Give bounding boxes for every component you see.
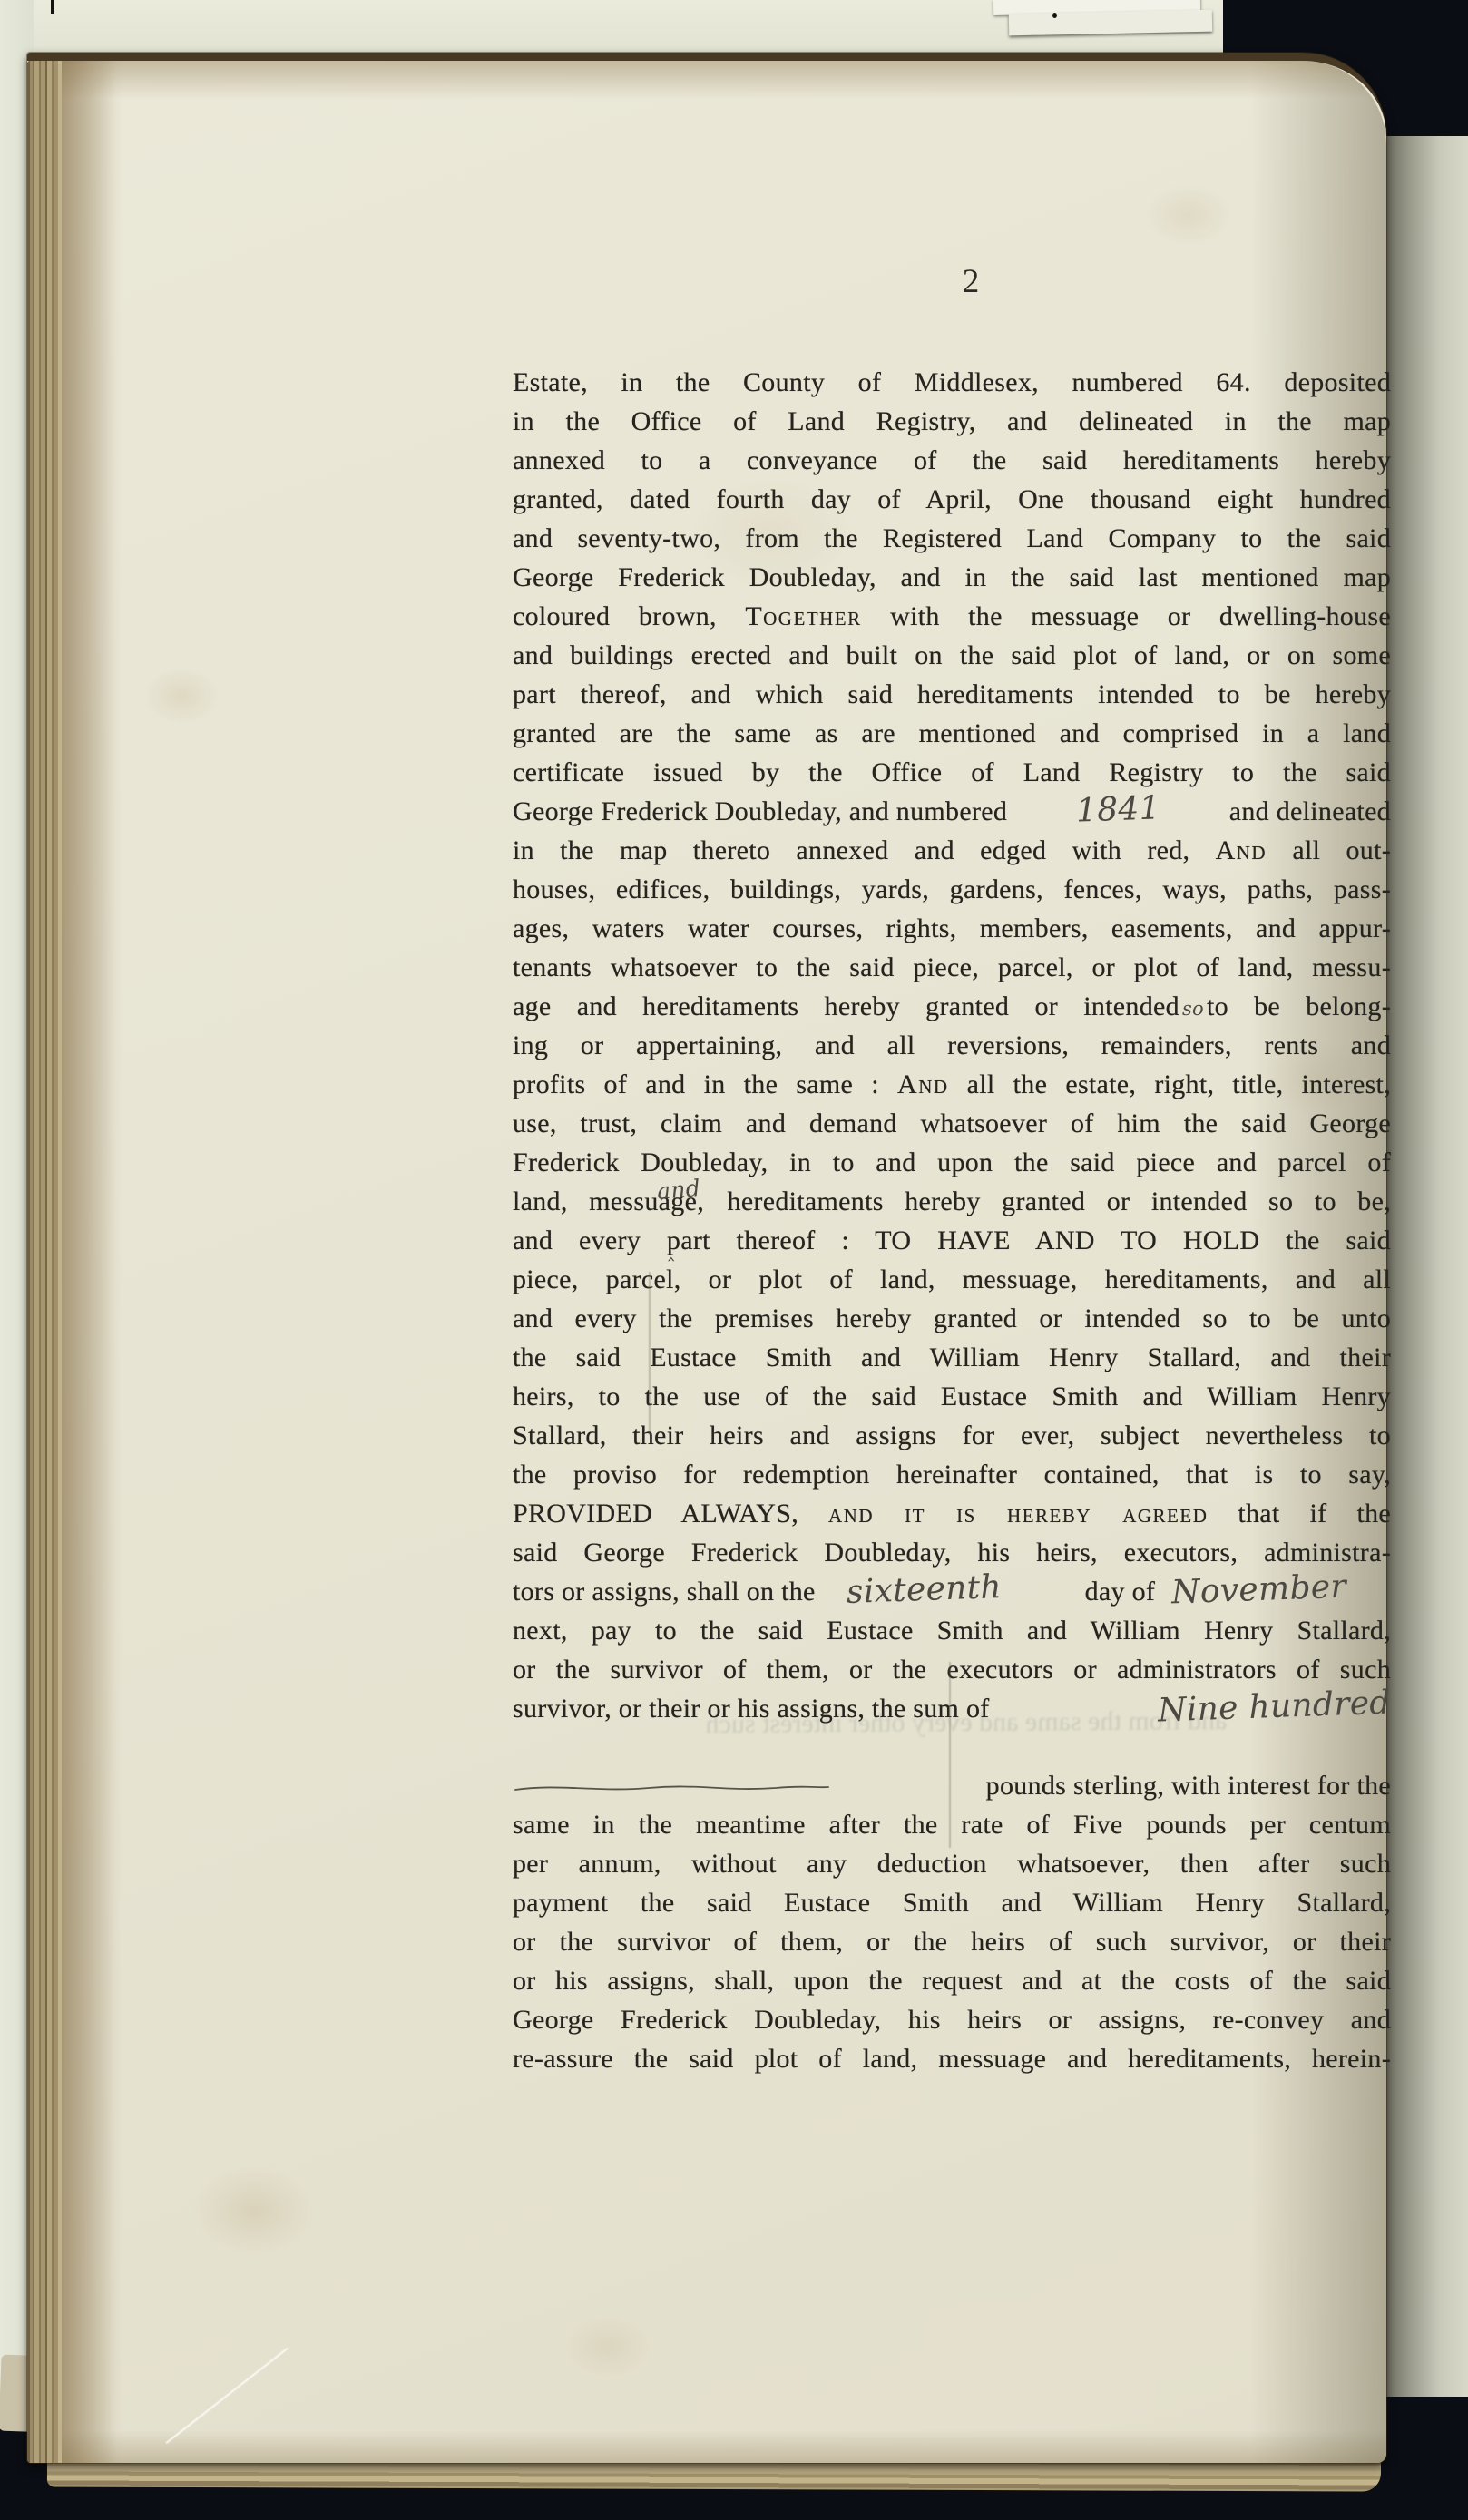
printed-text: in the Office of Land Registry, and deli… [513, 406, 1391, 436]
text-line: tenants whatsoever to the said piece, pa… [513, 948, 1391, 987]
deed-text-block: Estate, in the County of Middlesex, numb… [513, 363, 1391, 2078]
text-line: or his assigns, shall, upon the request … [513, 1961, 1391, 2000]
printed-text: and buildings erected and built on the s… [513, 640, 1391, 670]
printed-text: Estate, in the County of Middlesex, numb… [513, 367, 1391, 397]
printed-text: ages, waters water courses, rights, memb… [513, 913, 1391, 943]
ink-mark [51, 0, 54, 14]
text-line: and every the premises hereby granted or… [513, 1299, 1391, 1338]
printed-text: use, trust, claim and demand whatsoever … [513, 1109, 1391, 1138]
printed-text: coloured brown, [513, 601, 745, 631]
text-line: re-assure the said plot of land, messuag… [513, 2039, 1391, 2078]
printed-text: Frederick Doubleday, in to and upon the … [513, 1148, 1391, 1177]
printed-text: that if the [1208, 1499, 1391, 1529]
paper-crease [949, 1662, 951, 1848]
printed-text: said George Frederick Doubleday, his hei… [513, 1538, 1391, 1568]
printed-text: next, pay to the said Eustace Smith and … [513, 1616, 1391, 1646]
printed-text: part thereof, and which said hereditamen… [513, 679, 1391, 709]
printed-text: in the map thereto annexed and edged wit… [513, 835, 1216, 865]
text-line: profits of and in the same : And all the… [513, 1065, 1391, 1104]
text-line: land, messuage,and‸ hereditaments hereby… [513, 1182, 1391, 1221]
text-line: pounds sterling, with interest for the [513, 1766, 1391, 1805]
facing-page-gutter [1386, 136, 1468, 2397]
handwritten-text: November [1171, 1571, 1347, 1610]
handwritten-text: and [655, 1168, 701, 1211]
printed-text: ing or appertaining, and all reversions,… [513, 1030, 1391, 1060]
printed-text: day of [1085, 1572, 1156, 1611]
printed-text: and every part thereof : TO HAVE AND TO … [513, 1226, 1391, 1255]
printed-text: certificate issued by the Office of Land… [513, 757, 1391, 787]
text-line: payment the said Eustace Smith and Willi… [513, 1883, 1391, 1922]
text-line: heirs, to the use of the said Eustace Sm… [513, 1377, 1391, 1416]
text-line: said George Frederick Doubleday, his hei… [513, 1533, 1391, 1572]
printed-text: and delineated [1229, 792, 1391, 831]
caret-mark: ‸ [668, 1230, 675, 1269]
printed-text: with the messuage or dwelling-house [862, 601, 1391, 631]
printed-text: and every the premises hereby granted or… [513, 1304, 1391, 1333]
handwritten-text: so [1182, 998, 1204, 1020]
text-line: Stallard, their heirs and assigns for ev… [513, 1416, 1391, 1455]
printed-text: age and hereditaments hereby granted or … [513, 991, 1179, 1021]
printed-text: George Frederick Doubleday, and in the s… [513, 562, 1391, 592]
text-line: or the survivor of them, or the heirs of… [513, 1922, 1391, 1961]
text-line: George Frederick Doubleday, his heirs or… [513, 2000, 1391, 2039]
page-number: 2 [939, 262, 1003, 301]
printed-text: to be belong- [1207, 991, 1391, 1021]
text-line: piece, parcel, or plot of land, messuage… [513, 1260, 1391, 1299]
printed-text: and seventy-two, from the Registered Lan… [513, 523, 1391, 553]
printed-text: or the survivor of them, or the heirs of… [513, 1927, 1391, 1957]
text-line: certificate issued by the Office of Land… [513, 753, 1391, 792]
text-line: annexed to a conveyance of the said here… [513, 441, 1391, 480]
document-page: 2 and from the same and every other inte… [27, 53, 1386, 2463]
printed-text: tenants whatsoever to the said piece, pa… [513, 952, 1391, 982]
printed-text: PROVIDED ALWAYS, [513, 1499, 828, 1529]
text-line: Estate, in the County of Middlesex, numb… [513, 363, 1391, 402]
printed-text: and it is hereby agreed [828, 1499, 1208, 1529]
text-line: use, trust, claim and demand whatsoever … [513, 1104, 1391, 1143]
printed-text: all out- [1267, 835, 1391, 865]
text-line: same in the meantime after the rate of F… [513, 1805, 1391, 1844]
text-line: and every part thereof : TO HAVE AND TO … [513, 1221, 1391, 1260]
text-line: PROVIDED ALWAYS, and it is hereby agreed… [513, 1494, 1391, 1533]
printed-text: or the survivor of them, or the executor… [513, 1655, 1391, 1685]
printed-text: same in the meantime after the rate of F… [513, 1810, 1391, 1840]
printed-text: And [897, 1070, 949, 1099]
text-line: ing or appertaining, and all reversions,… [513, 1026, 1391, 1065]
text-line: and buildings erected and built on the s… [513, 636, 1391, 675]
printed-text: Stallard, their heirs and assigns for ev… [513, 1421, 1391, 1450]
printed-text: hereditaments hereby granted or intended… [706, 1187, 1391, 1216]
text-line: part thereof, and which said hereditamen… [513, 675, 1391, 714]
text-line: houses, edifices, buildings, yards, gard… [513, 870, 1391, 909]
text-line: Frederick Doubleday, in to and upon the … [513, 1143, 1391, 1182]
printed-text: survivor, or their or his assigns, the s… [513, 1689, 990, 1728]
protruding-paper-strip [1009, 10, 1212, 36]
text-line: survivor, or their or his assigns, the s… [513, 1689, 1391, 1728]
printed-text: re-assure the said plot of land, messuag… [513, 2044, 1391, 2074]
text-line: granted, dated fourth day of April, One … [513, 480, 1391, 519]
text-line: tors or assigns, shall on thesixteenthda… [513, 1572, 1391, 1611]
book-photograph: 2 and from the same and every other inte… [0, 0, 1468, 2520]
printed-text: payment the said Eustace Smith and Willi… [513, 1888, 1391, 1918]
printed-text: granted, dated fourth day of April, One … [513, 484, 1391, 514]
printed-text: George Frederick Doubleday, his heirs or… [513, 2005, 1391, 2035]
printed-text: And [1216, 835, 1267, 865]
text-line: or the survivor of them, or the executor… [513, 1650, 1391, 1689]
printed-text: pounds sterling, with interest for the [986, 1766, 1391, 1805]
text-line: granted are the same as are mentioned an… [513, 714, 1391, 753]
printed-text: heirs, to the use of the said Eustace Sm… [513, 1382, 1391, 1411]
text-line: in the map thereto annexed and edged wit… [513, 831, 1391, 870]
page-stack-left-edge [27, 61, 62, 2463]
text-line: George Frederick Doubleday, and numbered… [513, 792, 1391, 831]
handwritten-text: 1841 [1075, 792, 1160, 827]
printed-text: or his assigns, shall, upon the request … [513, 1966, 1391, 1996]
printed-text: granted are the same as are mentioned an… [513, 718, 1391, 748]
text-line: in the Office of Land Registry, and deli… [513, 402, 1391, 441]
printed-text: profits of and in the same : [513, 1070, 897, 1099]
text-line: the said Eustace Smith and William Henry… [513, 1338, 1391, 1377]
printed-text: piece, parcel, or plot of land, messuage… [513, 1265, 1391, 1294]
printed-text: Together [745, 601, 861, 631]
text-line: the proviso for redemption hereinafter c… [513, 1455, 1391, 1494]
printed-text: the proviso for redemption hereinafter c… [513, 1460, 1391, 1490]
printed-text: George Frederick Doubleday, and numbered [513, 792, 1007, 831]
printed-text: per annum, without any deduction whatsoe… [513, 1849, 1391, 1879]
fill-in-squiggle-line [513, 1780, 832, 1794]
text-line: coloured brown, Together with the messua… [513, 597, 1391, 636]
text-line: per annum, without any deduction whatsoe… [513, 1844, 1391, 1883]
text-line: ages, waters water courses, rights, memb… [513, 909, 1391, 948]
text-line: next, pay to the said Eustace Smith and … [513, 1611, 1391, 1650]
paper-crease [649, 1272, 651, 1435]
ink-speck [1052, 13, 1057, 18]
printed-text: houses, edifices, buildings, yards, gard… [513, 874, 1391, 904]
text-line: and seventy-two, from the Registered Lan… [513, 519, 1391, 558]
printed-text: annexed to a conveyance of the said here… [513, 445, 1391, 475]
handwritten-text: sixteenth [846, 1571, 1002, 1609]
handwritten-text: Nine hundred [1158, 1687, 1392, 1728]
text-line: age and hereditaments hereby granted or … [513, 987, 1391, 1026]
printed-text: the said Eustace Smith and William Henry… [513, 1343, 1391, 1372]
printed-text: tors or assigns, shall on the [513, 1572, 816, 1611]
printed-text: all the estate, right, title, interest, [949, 1070, 1391, 1099]
text-line: George Frederick Doubleday, and in the s… [513, 558, 1391, 597]
